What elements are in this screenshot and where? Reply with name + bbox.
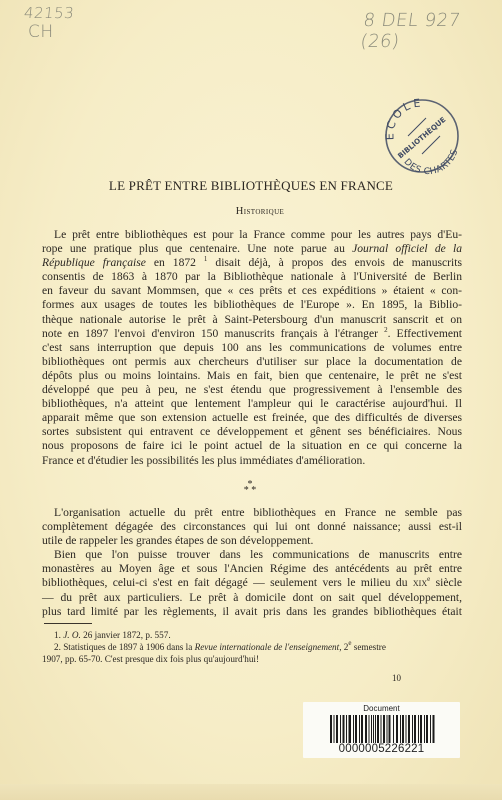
text-line: plus tard limité par les règlements, il …: [42, 605, 462, 619]
text-line: bibliothèques ont permis aux chercheurs …: [42, 355, 462, 369]
article-title: LE PRÊT ENTRE BIBLIOTHÈQUES EN FRANCE: [0, 178, 502, 194]
text-line: bibliothèques, celui-ci s'est en fait dé…: [42, 576, 462, 590]
text-line: République française en 1872 1 disait dé…: [42, 256, 462, 270]
stamp-text-top: ECOLE: [383, 96, 424, 140]
section-heading: Historique: [0, 206, 502, 217]
text-line: en faveur du savant Mommsen, que « ces p…: [42, 284, 462, 298]
text-line: dépôts plus ou moins lointains. Mais en …: [42, 369, 462, 383]
text-line: consentis de 1863 à 1870 par la Biblioth…: [42, 270, 462, 284]
page-number: 10: [392, 673, 401, 683]
text-line: développé que peu à peu, ne s'est étendu…: [42, 383, 462, 397]
text-line: note en 1897 l'envoi d'environ 150 manus…: [42, 327, 462, 341]
text-line: formes aux usages de toutes les biblioth…: [42, 298, 462, 312]
text-line: rope une pratique plus que centenaire. U…: [42, 242, 462, 256]
text-line: thèque nationale autorise le prêt à Sain…: [42, 313, 462, 327]
text-line: nous proposons de faire ici le point act…: [42, 439, 462, 453]
footnote-ref-1: 1: [204, 255, 208, 263]
text-line: — du prêt aux particuliers. Le prêt à do…: [42, 591, 462, 605]
barcode-number: 0000005226221: [303, 743, 460, 755]
handwritten-catalog-number: 42153: [23, 4, 75, 22]
paragraph-intro: Le prêt entre bibliothèques est pour la …: [42, 228, 462, 468]
text-line: Bien que l'on puisse trouver dans les co…: [42, 548, 462, 562]
journal-title: Journal officiel de la: [352, 242, 462, 255]
paragraph-organisation: L'organisation actuelle du prêt entre bi…: [42, 506, 462, 619]
svg-text:ECOLE: ECOLE: [383, 96, 424, 140]
text-line: Le prêt entre bibliothèques est pour la …: [42, 228, 462, 242]
footnote-2-cont: 1907, pp. 65-70. C'est presque dix fois …: [42, 654, 462, 666]
handwritten-shelfmark: 8 DEL 927 (26): [359, 10, 502, 52]
text-line: apparait même que son extension actuelle…: [42, 411, 462, 425]
journal-title-cont: République française: [42, 256, 146, 269]
footnote-2: 2. Statistiques de 1897 à 1906 dans la R…: [42, 642, 462, 654]
century-numeral: xix: [413, 576, 427, 589]
text-line: utile de rappeler les grandes étapes de …: [42, 534, 462, 548]
text-line: France et d'étudier les possibilités les…: [42, 454, 462, 468]
barcode-label-text: Document: [303, 704, 460, 713]
text-line: complètement dégagée des circonstances q…: [42, 520, 462, 534]
footnote-divider: [44, 623, 92, 624]
barcode-icon: [330, 715, 436, 743]
handwritten-initials: CH: [28, 22, 54, 42]
text-line: sortes subsistent qui entravent ce dével…: [42, 425, 462, 439]
footnotes: 1. J. O. 26 janvier 1872, p. 557. 2. Sta…: [42, 630, 462, 665]
footnote-1: 1. J. O. 26 janvier 1872, p. 557.: [42, 630, 462, 642]
text-line: c'est sans interruption que depuis 100 a…: [42, 341, 462, 355]
section-break-asterism: ** *: [238, 482, 262, 494]
text-line: bibliothèques, n'a atteint que lentement…: [42, 397, 462, 411]
page-bottom-edge: [0, 784, 502, 800]
text-line: L'organisation actuelle du prêt entre bi…: [42, 506, 462, 520]
text-line: monastères au Moyen âge et sous l'Ancien…: [42, 562, 462, 576]
stamp-seal-icon: ECOLE BIBLIOTHÈQUE DES CHARTES: [382, 96, 462, 176]
barcode-sticker: Document 0000005226221: [303, 702, 460, 758]
library-stamp: ECOLE BIBLIOTHÈQUE DES CHARTES: [382, 96, 462, 176]
